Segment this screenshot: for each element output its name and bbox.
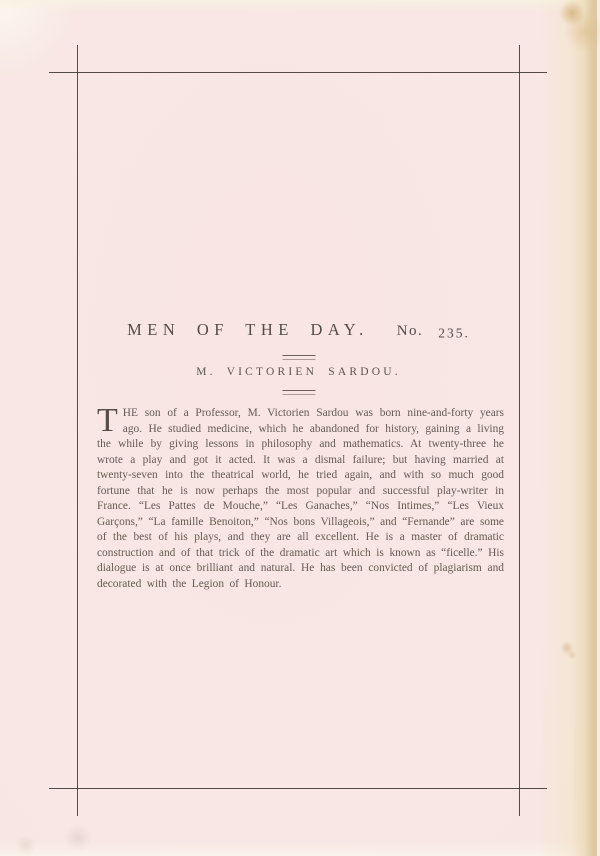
scanned-page: MEN OF THE DAY. No. 235. M. VICTORIEN SA… bbox=[0, 0, 600, 856]
biography-paragraph: THE son of a Professor, M. Victorien Sar… bbox=[97, 406, 504, 592]
divider-rule-bottom bbox=[282, 390, 315, 395]
caption-content: MEN OF THE DAY. No. 235. M. VICTORIEN SA… bbox=[78, 0, 519, 856]
issue-number: 235. bbox=[438, 326, 470, 342]
subject-name: M. VICTORIEN SARDOU. bbox=[78, 366, 519, 378]
divider-rule-top bbox=[282, 355, 315, 360]
frame-line-right bbox=[519, 45, 520, 816]
series-title: MEN OF THE DAY. bbox=[127, 320, 369, 340]
drop-cap: T bbox=[97, 406, 123, 434]
issue-number-group: No. 235. bbox=[397, 322, 470, 340]
paragraph-text: HE son of a Professor, M. Victorien Sard… bbox=[97, 407, 504, 590]
issue-number-prefix: No. bbox=[397, 323, 424, 339]
page-title: MEN OF THE DAY. No. 235. bbox=[78, 320, 519, 340]
